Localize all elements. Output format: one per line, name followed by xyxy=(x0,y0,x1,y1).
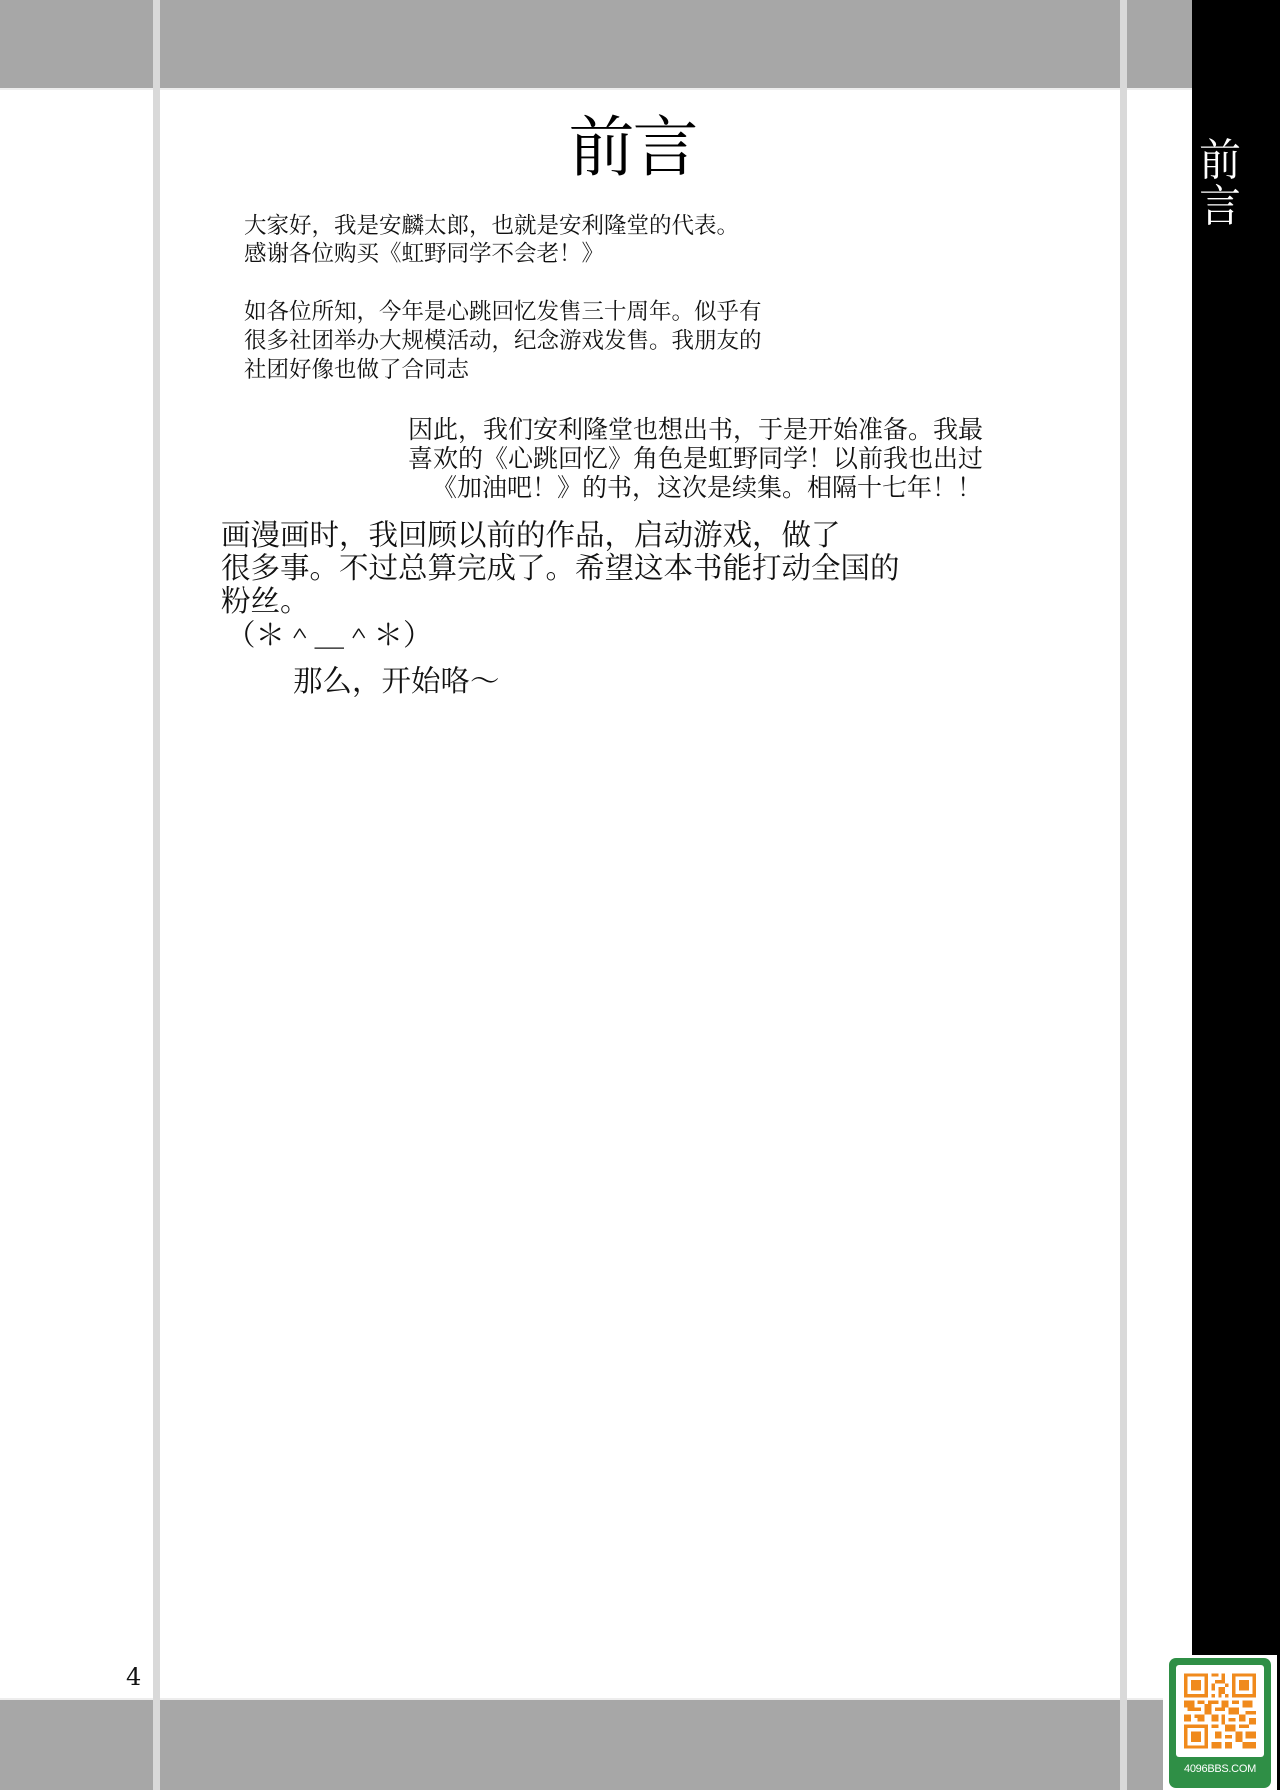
paragraph-2-line: 很多社团举办大规模活动，纪念游戏发售。我朋友的 xyxy=(244,328,762,354)
bottom-band-edge xyxy=(0,1698,1192,1700)
paragraph-4-line: 画漫画时，我回顾以前的作品，启动游戏，做了 xyxy=(221,518,841,552)
watermark-label: 4096BBS.COM xyxy=(1169,1762,1271,1776)
paragraph-1-line: 大家好，我是安麟太郎，也就是安利隆堂的代表。 xyxy=(244,213,739,239)
qr-code-icon xyxy=(1184,1673,1256,1749)
bottom-band xyxy=(0,1700,1192,1790)
side-tab-char: 前 xyxy=(1197,138,1243,184)
watermark-badge: 4096BBS.COM xyxy=(1163,1655,1277,1790)
paragraph-4-line: 粉丝。 xyxy=(221,584,310,618)
top-band-edge xyxy=(0,88,1192,90)
paragraph-3-line: 因此，我们安利隆堂也想出书，于是开始准备。我最 xyxy=(408,416,983,444)
paragraph-1-line: 感谢各位购买《虹野同学不会老！》 xyxy=(244,241,604,267)
top-band xyxy=(0,0,1192,88)
watermark-frame: 4096BBS.COM xyxy=(1169,1658,1271,1788)
side-tab-label: 前 言 xyxy=(1197,138,1243,230)
page-title: 前言 xyxy=(560,108,705,188)
paragraph-4-line: 很多事。不过总算完成了。希望这本书能打动全国的 xyxy=(221,551,900,585)
left-guide-line xyxy=(153,0,160,1790)
paragraph-2-line: 如各位所知，今年是心跳回忆发售三十周年。似乎有 xyxy=(244,299,762,325)
side-tab-char: 言 xyxy=(1197,184,1243,230)
side-tab xyxy=(1192,0,1280,1790)
page-number: 4 xyxy=(126,1664,141,1690)
right-guide-line xyxy=(1120,0,1127,1790)
paragraph-3-line: 喜欢的《心跳回忆》角色是虹野同学！以前我也出过 xyxy=(408,445,983,473)
qr-code-area xyxy=(1176,1665,1264,1757)
closing-line: 那么，开始咯～ xyxy=(293,664,500,698)
paragraph-3-line: 《加油吧！》的书，这次是续集。相隔十七年！！ xyxy=(432,474,982,502)
paragraph-2-line: 社团好像也做了合同志 xyxy=(244,357,469,383)
emoticon-line: （＊＾＿＾＊） xyxy=(226,618,433,652)
